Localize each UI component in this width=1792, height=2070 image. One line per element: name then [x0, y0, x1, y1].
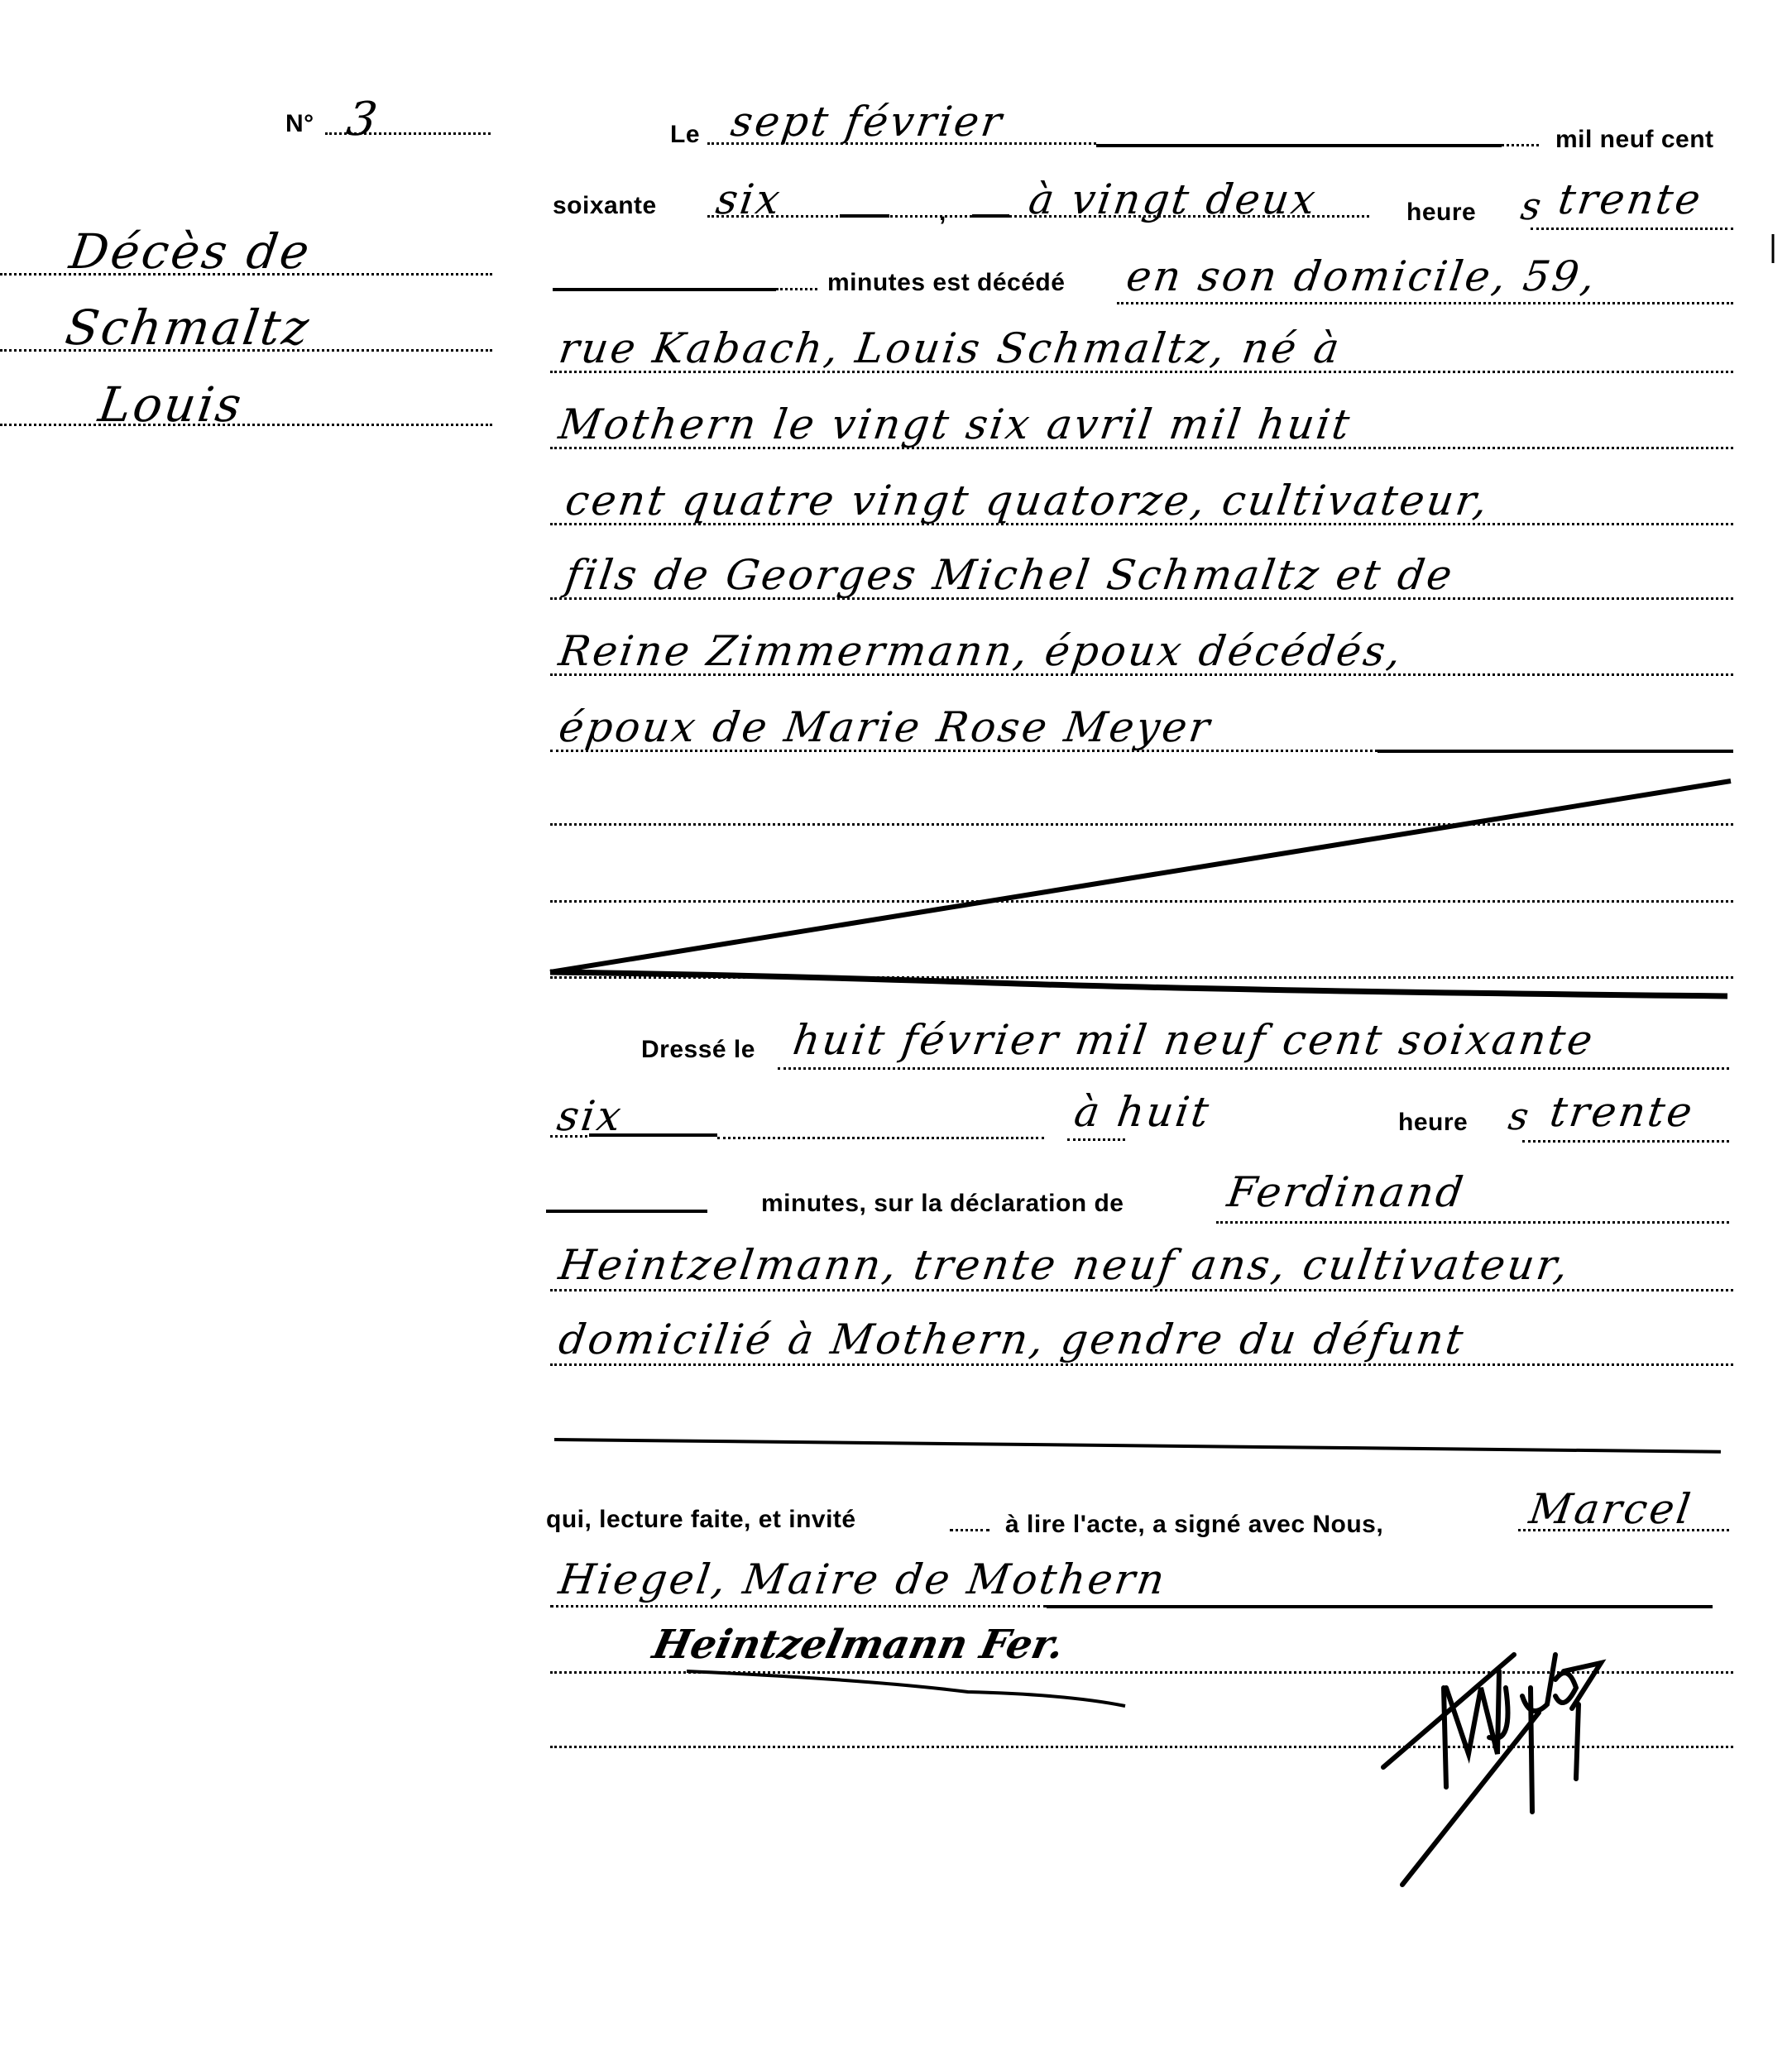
label-qui-lecture: qui, lecture faite, et invité [546, 1506, 856, 1534]
dotted-line [1522, 1140, 1729, 1143]
declarant-hand-line-1: Ferdinand [1224, 1168, 1469, 1216]
record-number-value: 3 [343, 93, 383, 146]
dotted-line [550, 1363, 1733, 1366]
civil-record-page: N° 3 Décès de Schmaltz Louis Le sept fév… [0, 0, 1792, 2070]
mayor-hand-line-1: Marcel [1526, 1485, 1696, 1533]
heures-suffix-hand: s [1518, 184, 1546, 228]
filler-rule [1047, 1605, 1713, 1608]
death-body-line-1: rue Kabach, Louis Schmaltz, né à [556, 324, 1344, 372]
filler-rule [546, 1210, 707, 1213]
declarant-signature: Heintzelmann Fer. [649, 1622, 1068, 1668]
death-body-line-2: Mothern le vingt six avril mil huit [556, 400, 1355, 448]
label-le: Le [670, 121, 700, 149]
death-year-hand: six [713, 175, 785, 223]
label-a-lire: à lire l'acte, a signé avec Nous, [1005, 1511, 1383, 1539]
dotted-line [950, 1529, 989, 1531]
dotted-line [550, 1746, 1733, 1748]
drawn-minutes-hand: trente [1547, 1088, 1698, 1136]
dotted-line [550, 976, 1733, 979]
filler-rule [840, 214, 889, 218]
dotted-line [1067, 1138, 1125, 1141]
declarant-hand-line-2: Heintzelmann, trente neuf ans, cultivate… [556, 1241, 1574, 1289]
cross-out-stroke [550, 781, 1731, 972]
death-body-line-5: Reine Zimmermann, époux décédés, [556, 627, 1406, 675]
dotted-line [778, 1067, 1729, 1070]
label-dresse-le: Dressé le [641, 1036, 755, 1064]
margin-title-line-3: Louis [95, 376, 247, 433]
label-heures: heure [1406, 199, 1476, 227]
dotted-line [550, 900, 1733, 903]
death-body-line-6: époux de Marie Rose Meyer [556, 703, 1215, 751]
margin-title-line-1: Décès de [66, 223, 315, 280]
margin-dotted-line-3 [0, 424, 492, 426]
declarant-signature-flourish [687, 1671, 1125, 1706]
death-hour-hand: à vingt deux [1026, 175, 1320, 223]
declarant-hand-line-3: domicilié à Mothern, gendre du défunt [556, 1315, 1469, 1363]
drawn-hour-hand: à huit [1071, 1088, 1214, 1136]
label-soixante: soixante [553, 192, 657, 220]
death-date-hand: sept février [728, 98, 1007, 146]
label-mil-neuf-cent: mil neuf cent [1555, 126, 1714, 154]
comma: , [939, 199, 946, 227]
mayor-hand-line-2: Hiegel, Maire de Mothern [556, 1555, 1170, 1603]
heures-suffix-hand: s [1506, 1094, 1534, 1138]
drawn-date-hand-line-1: huit février mil neuf cent soixante [790, 1016, 1598, 1064]
dotted-line [1502, 144, 1539, 146]
drawn-date-hand-line-2: six [554, 1092, 626, 1140]
filler-rule [972, 214, 1009, 218]
mayor-signature [1383, 1655, 1601, 1885]
dotted-line [776, 288, 817, 290]
label-heures: heure [1398, 1109, 1468, 1137]
filler-rule [553, 288, 776, 291]
dotted-line [550, 823, 1733, 826]
margin-title-line-2: Schmaltz [62, 299, 314, 356]
dotted-line [550, 1605, 1047, 1608]
filler-rule [1096, 144, 1502, 147]
filler-rule [1378, 750, 1733, 753]
record-number-label: N° [285, 110, 314, 138]
death-place-hand: en son domicile, 59, [1124, 252, 1600, 300]
filler-rule [554, 1438, 1721, 1454]
dotted-line [550, 1289, 1733, 1291]
death-body-line-3: cent quatre vingt quatorze, cultivateur, [563, 477, 1493, 525]
dotted-line [550, 1671, 1733, 1674]
death-body-line-4: fils de Georges Michel Schmaltz et de [563, 551, 1457, 599]
dotted-line [717, 1137, 1044, 1139]
dotted-line [1117, 302, 1733, 304]
label-minutes-est-decede: minutes est décédé [827, 269, 1065, 297]
label-minutes-declaration: minutes, sur la déclaration de [761, 1190, 1124, 1218]
death-minutes-hand: trente [1555, 175, 1706, 223]
dotted-line [1531, 228, 1733, 230]
dotted-line [1216, 1221, 1729, 1224]
